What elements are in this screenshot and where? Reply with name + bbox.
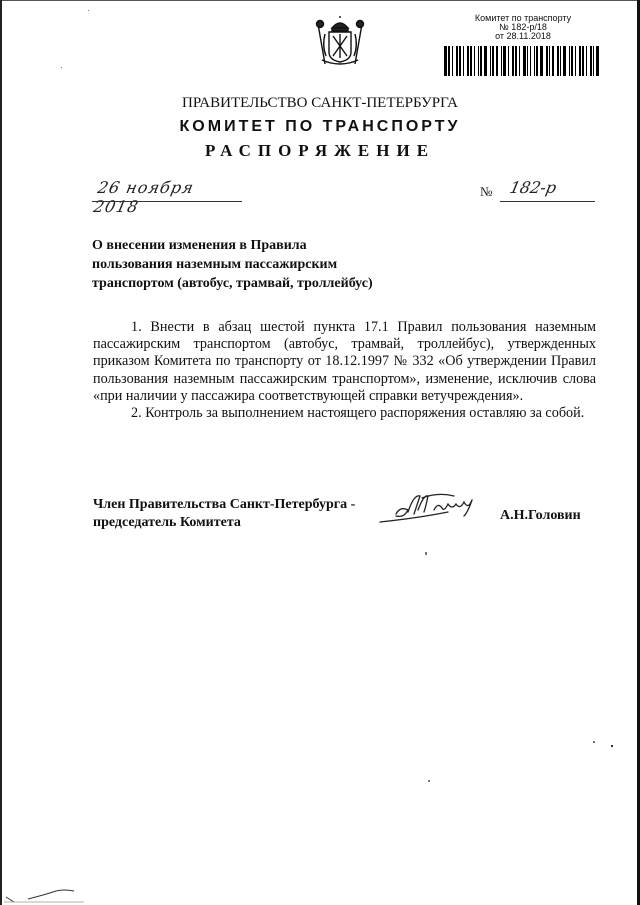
barcode-bar (478, 46, 479, 76)
number-sign: № (480, 184, 492, 200)
barcode-bar (575, 46, 576, 76)
document-type-heading: РАСПОРЯЖЕНИЕ (0, 141, 640, 161)
barcode-bar (515, 46, 517, 76)
handwritten-number: 182-р (508, 178, 558, 197)
number-underline (500, 201, 595, 202)
position-line: Член Правительства Санкт-Петербурга - (93, 496, 393, 514)
barcode-bar (527, 46, 529, 76)
document-number: № 182-р (480, 178, 600, 204)
barcode-bar (503, 46, 506, 76)
barcode-bar (484, 46, 487, 76)
scan-speck (88, 10, 89, 11)
barcode-bar (557, 46, 559, 76)
barcode-bar (560, 46, 561, 76)
barcode-bar (501, 46, 502, 76)
barcode-bar (459, 46, 461, 76)
barcode-bar (496, 46, 498, 76)
barcode-bar (549, 46, 550, 76)
barcode-bar (474, 46, 475, 76)
barcode-bar (579, 46, 581, 76)
barcode-bar (523, 46, 526, 76)
signer-name: А.Н.Головин (500, 508, 581, 524)
barcode-bar (456, 46, 458, 76)
date-underline (92, 201, 242, 202)
barcode-bar (463, 46, 464, 76)
barcode-bar (563, 46, 566, 76)
barcode-bar (571, 46, 573, 76)
committee-heading: КОМИТЕТ ПО ТРАНСПОРТУ (0, 118, 640, 136)
barcode-bar (540, 46, 543, 76)
position-line: председатель Комитета (93, 514, 393, 532)
handwritten-signature-icon (378, 488, 498, 528)
barcode-bar (552, 46, 554, 76)
subject-line: пользования наземным пассажирским (92, 255, 452, 274)
barcode-bar (470, 46, 472, 76)
scan-mark-icon (4, 885, 84, 903)
barcode-bar (448, 46, 450, 76)
barcode-bar (536, 46, 538, 76)
body-paragraph-1: 1. Внести в абзац шестой пункта 17.1 Пра… (93, 319, 596, 405)
barcode-bar (590, 46, 592, 76)
subject-line: транспортом (автобус, трамвай, троллейбу… (92, 274, 452, 293)
scan-speck (611, 745, 613, 747)
registration-stamp: Комитет по транспорту № 182-р/18 от 28.1… (444, 14, 602, 41)
barcode-bar (530, 46, 531, 76)
scan-speck (425, 552, 427, 555)
barcode-bar (452, 46, 453, 76)
scan-speck (61, 67, 62, 68)
barcode-bar (593, 46, 594, 76)
stamp-date: от 28.11.2018 (444, 32, 602, 41)
barcode-bar (586, 46, 587, 76)
handwritten-date: 26 ноября 2018 (92, 178, 246, 216)
scan-speck (428, 780, 430, 782)
document-date: 26 ноября 2018 (92, 178, 242, 204)
barcode-bar (512, 46, 514, 76)
document-subject: О внесении изменения в Правила пользован… (92, 236, 452, 293)
coat-of-arms-icon (312, 16, 368, 70)
barcode (444, 46, 602, 76)
barcode-bar (582, 46, 585, 76)
scan-speck (593, 741, 595, 743)
scan-edge-top (0, 0, 640, 1)
barcode-bar (546, 46, 548, 76)
barcode-bar (519, 46, 520, 76)
barcode-bar (480, 46, 482, 76)
signatory-position: Член Правительства Санкт-Петербурга - пр… (93, 496, 393, 532)
barcode-bar (492, 46, 494, 76)
government-heading: ПРАВИТЕЛЬСТВО САНКТ-ПЕТЕРБУРГА (0, 95, 640, 112)
barcode-bar (534, 46, 535, 76)
document-body: 1. Внести в абзац шестой пункта 17.1 Пра… (93, 319, 596, 422)
subject-line: О внесении изменения в Правила (92, 236, 452, 255)
barcode-bar (596, 46, 599, 76)
body-paragraph-2: 2. Контроль за выполнением настоящего ра… (93, 405, 596, 422)
barcode-bar (444, 46, 447, 76)
barcode-bar (569, 46, 570, 76)
barcode-bar (490, 46, 491, 76)
barcode-bar (508, 46, 509, 76)
barcode-bar (467, 46, 470, 76)
